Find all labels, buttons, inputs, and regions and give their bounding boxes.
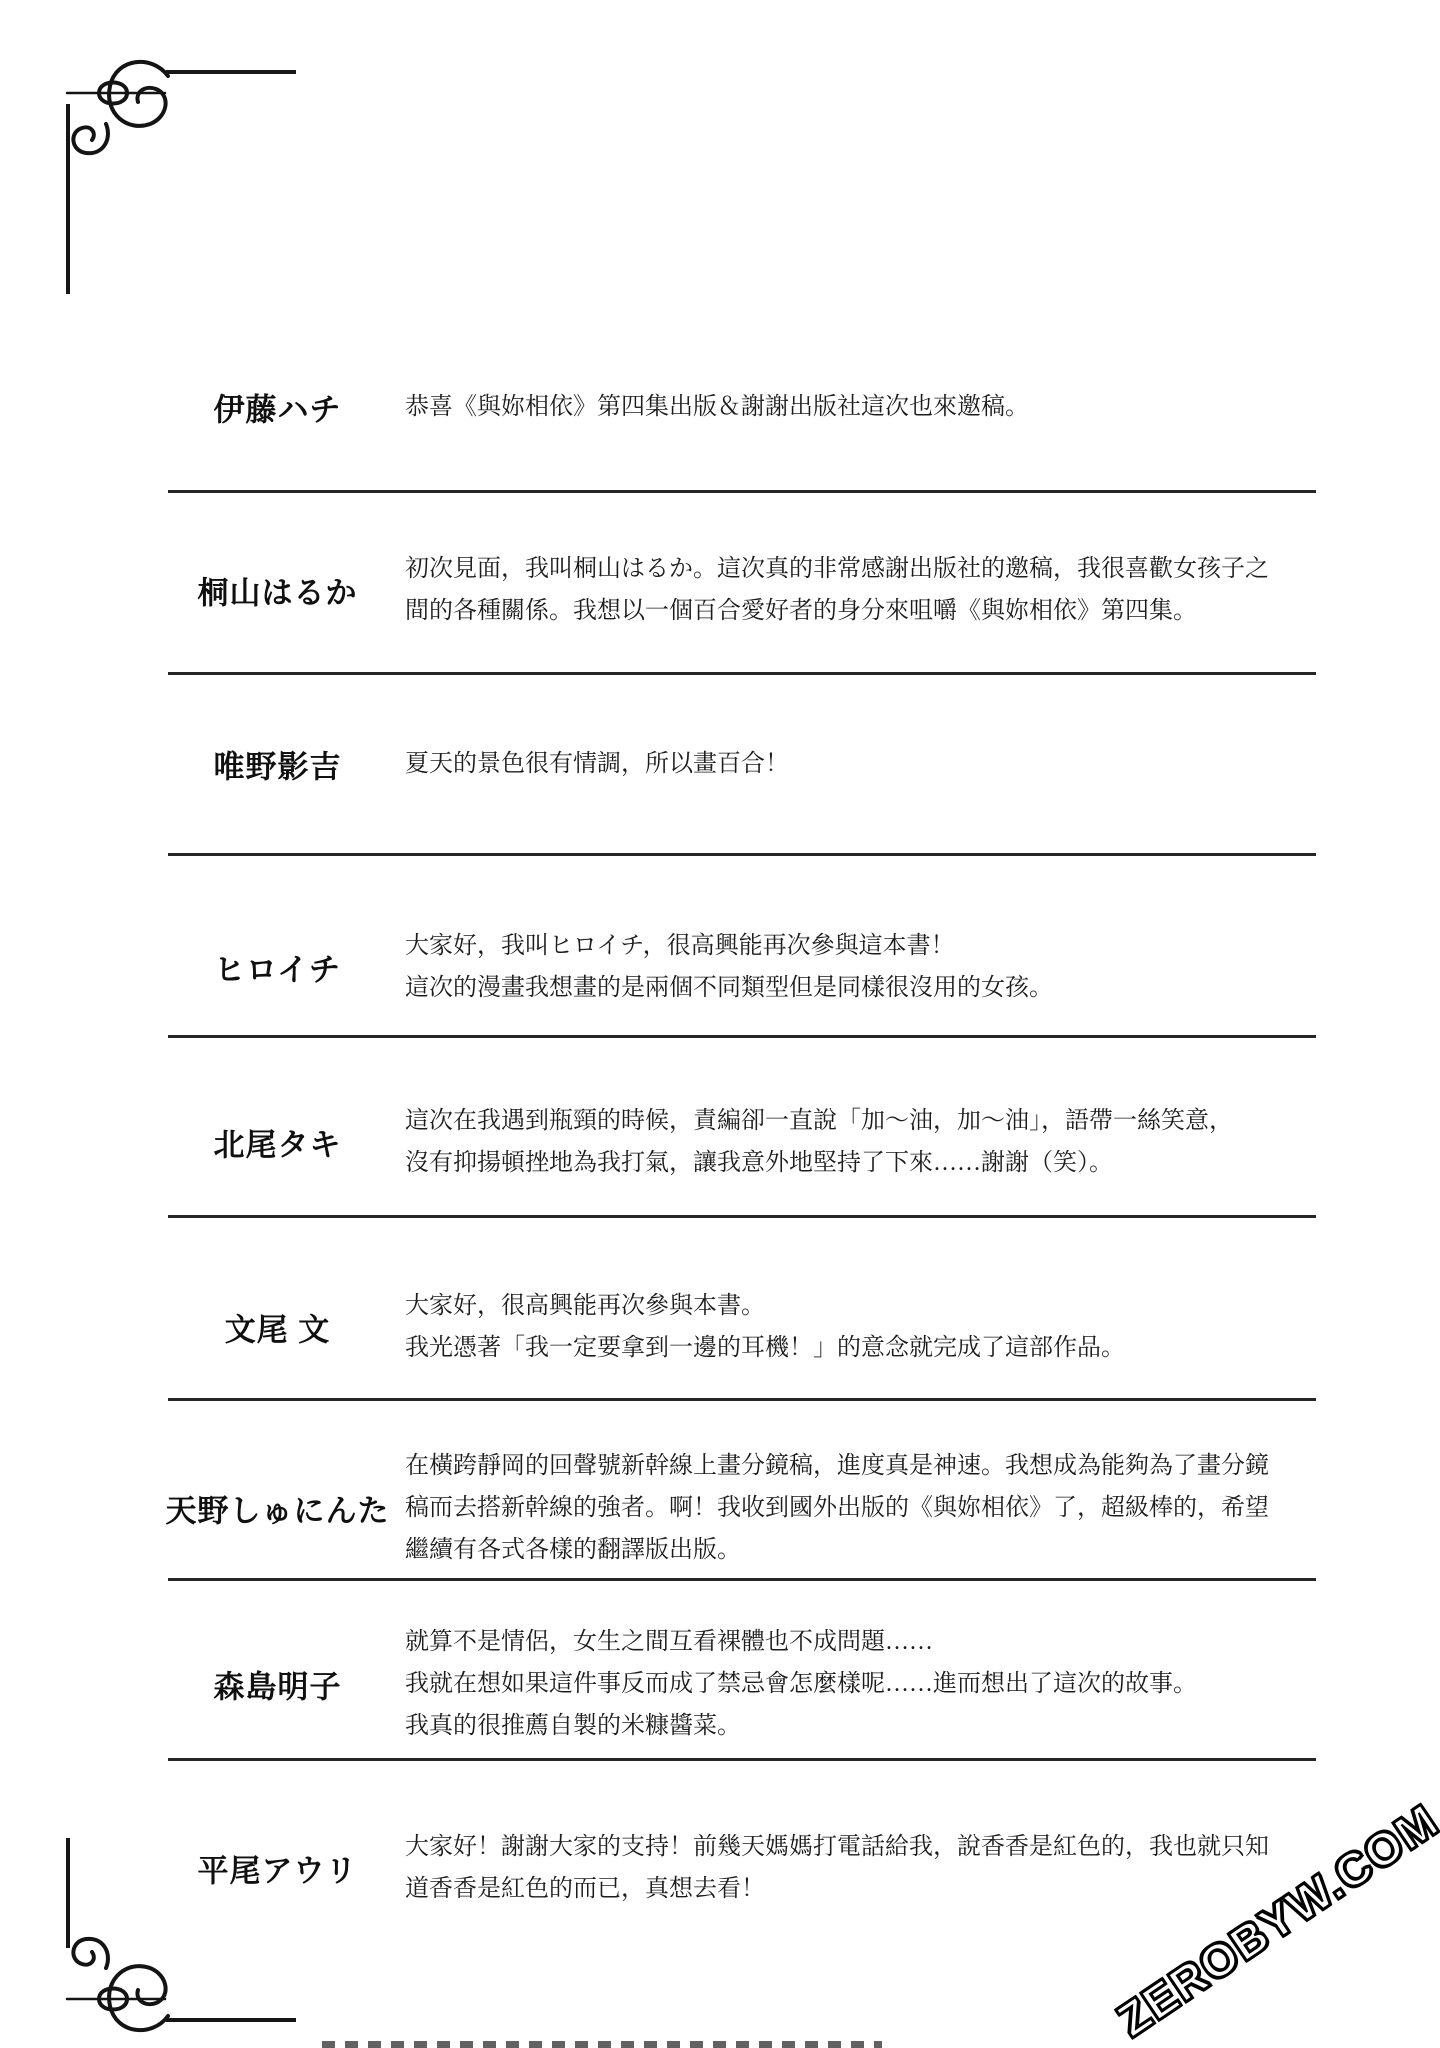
comment-line: 間的各種關係。我想以一個百合愛好者的身分來咀嚼《與妳相依》第四集。 [405,590,1340,632]
comment-line: 我真的很推薦自製的米糠醬菜。 [405,1705,1340,1747]
frame-line-left-bottom [66,1838,70,1948]
frame-line-top [166,70,296,74]
contributor-comment: 在橫跨靜岡的回聲號新幹線上畫分鏡稿，進度真是神速。我想成為能夠為了畫分鏡稿而去搭… [405,1445,1340,1571]
comment-line: 在橫跨靜岡的回聲號新幹線上畫分鏡稿，進度真是神速。我想成為能夠為了畫分鏡 [405,1445,1340,1487]
row-divider [168,490,1316,493]
comment-line: 大家好，我叫ヒロイチ，很高興能再次參與這本書！ [405,925,1340,967]
row-divider [168,853,1316,856]
comment-line: 這次的漫畫我想畫的是兩個不同類型但是同樣很沒用的女孩。 [405,967,1340,1009]
frame-line-left-top [66,104,70,294]
contributor-comment: 就算不是情侶，女生之間互看裸體也不成問題……我就在想如果這件事反而成了禁忌會怎麼… [405,1621,1340,1747]
cutoff-text-strip [322,2041,882,2048]
contributor-name: 桐山はるか [120,568,435,613]
comment-line: 沒有抑揚頓挫地為我打氣，讓我意外地堅持了下來……謝謝（笑）。 [405,1142,1340,1184]
contributor-comment: 這次在我遇到瓶頸的時候，責編卻一直說「加～油，加～油」，語帶一絲笑意，沒有抑揚頓… [405,1100,1340,1184]
contributor-name: 平尾アウリ [120,1846,435,1891]
comment-line: 我就在想如果這件事反而成了禁忌會怎麼樣呢……進而想出了這次的故事。 [405,1663,1340,1705]
comment-line: 初次見面，我叫桐山はるか。這次真的非常感謝出版社的邀稿，我很喜歡女孩子之 [405,548,1340,590]
contributor-name: 伊藤ハチ [120,385,435,430]
row-divider [168,1035,1316,1038]
comment-line: 夏天的景色很有情調，所以畫百合！ [405,743,1340,785]
contributor-comment: 大家好，很高興能再次參與本書。我光憑著「我一定要拿到一邊的耳機！」的意念就完成了… [405,1285,1340,1369]
contributor-name: 唯野影吉 [120,742,435,787]
comment-line: 恭喜《與妳相依》第四集出版＆謝謝出版社這次也來邀稿。 [405,386,1340,428]
comment-line: 大家好，很高興能再次參與本書。 [405,1285,1340,1327]
row-divider [168,1398,1316,1401]
contributor-name: 北尾タキ [120,1120,435,1165]
contributor-comment: 夏天的景色很有情調，所以畫百合！ [405,743,1340,785]
book-page: 伊藤ハチ 恭喜《與妳相依》第四集出版＆謝謝出版社這次也來邀稿。 桐山はるか 初次… [0,0,1440,2048]
contributor-comment: 初次見面，我叫桐山はるか。這次真的非常感謝出版社的邀稿，我很喜歡女孩子之間的各種… [405,548,1340,632]
row-divider [168,672,1316,675]
contributor-name: ヒロイチ [120,945,435,990]
contributor-comment: 大家好！謝謝大家的支持！前幾天媽媽打電話給我，說香香是紅色的，我也就只知道香香是… [405,1826,1340,1910]
contributor-comment: 大家好，我叫ヒロイチ，很高興能再次參與這本書！這次的漫畫我想畫的是兩個不同類型但… [405,925,1340,1009]
comment-line: 道香香是紅色的而已，真想去看！ [405,1868,1340,1910]
contributor-comment: 恭喜《與妳相依》第四集出版＆謝謝出版社這次也來邀稿。 [405,386,1340,428]
row-divider [168,1758,1316,1761]
row-divider [168,1215,1316,1218]
row-divider [168,1578,1316,1581]
comment-line: 稿而去搭新幹線的強者。啊！我收到國外出版的《與妳相依》了，超級棒的，希望 [405,1487,1340,1529]
contributor-name: 文尾 文 [120,1305,435,1350]
comment-line: 大家好！謝謝大家的支持！前幾天媽媽打電話給我，說香香是紅色的，我也就只知 [405,1826,1340,1868]
comment-line: 繼續有各式各樣的翻譯版出版。 [405,1529,1340,1571]
comment-line: 就算不是情侶，女生之間互看裸體也不成問題…… [405,1621,1340,1663]
comment-line: 這次在我遇到瓶頸的時候，責編卻一直說「加～油，加～油」，語帶一絲笑意， [405,1100,1340,1142]
contributor-name: 森島明子 [120,1662,435,1707]
contributor-name: 天野しゅにんた [120,1486,435,1531]
frame-line-bottom [166,2018,296,2022]
comment-line: 我光憑著「我一定要拿到一邊的耳機！」的意念就完成了這部作品。 [405,1327,1340,1369]
